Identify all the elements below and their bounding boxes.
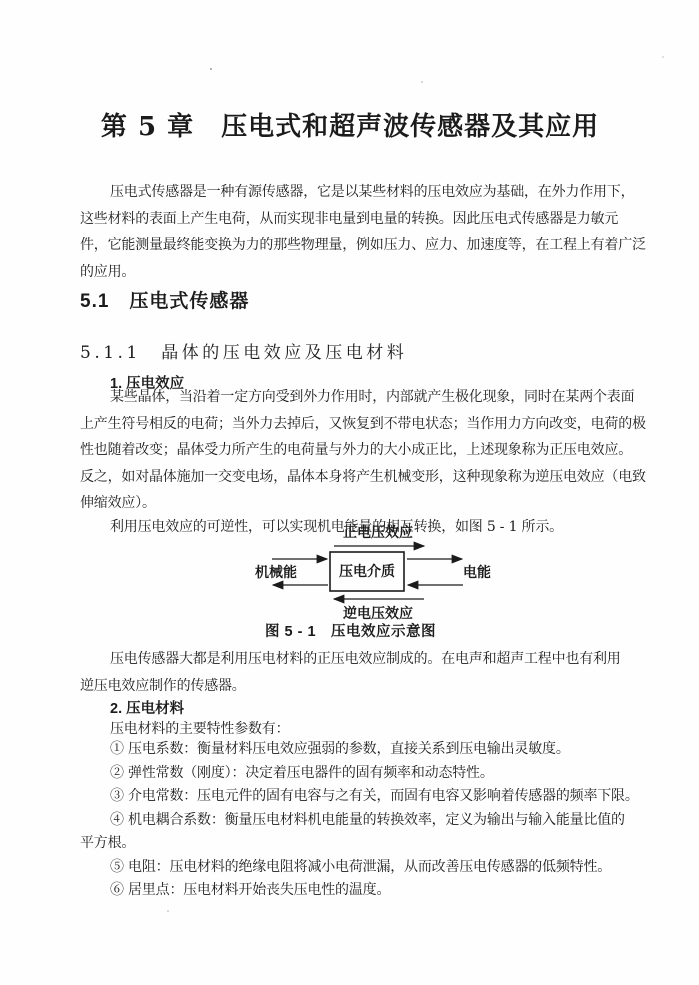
- text-line: 逆压电效应制作的传感器。: [80, 673, 621, 700]
- text-line: 压电传感器大都是利用压电材料的正压电效应制成的。在电声和超声工程中也有利用: [80, 646, 621, 673]
- property-list: ① 压电系数：衡量材料压电效应强弱的参数，直接关系到压电输出灵敏度。② 弹性常数…: [80, 738, 621, 903]
- text-line: ⑤ 电阻：压电材料的绝缘电阻将减小电荷泄漏，从而改善压电传感器的低频特性。: [80, 856, 621, 880]
- text-line: 某些晶体，当沿着一定方向受到外力作用时，内部就产生极化现象，同时在某两个表面: [80, 384, 621, 411]
- figure-5-1: 正电压效应 压电介质 机械能 电能 逆电压效应: [250, 523, 495, 623]
- figure-box-label: 压电介质: [339, 563, 395, 579]
- text-line: ③ 介电常数：压电元件的固有电容与之有关，而固有电容又影响着传感器的频率下限。: [80, 785, 621, 809]
- scan-speck: [662, 56, 664, 58]
- text-line: ④ 机电耦合系数：衡量压电材料机电能量的转换效率，定义为输出与输入能量比值的: [80, 809, 621, 833]
- intro-paragraph: 压电式传感器是一种有源传感器，它是以某些材料的压电效应为基础，在外力作用下，这些…: [80, 179, 621, 285]
- book-page: 第 5 章 压电式和超声波传感器及其应用 压电式传感器是一种有源传感器，它是以某…: [0, 0, 699, 985]
- text-line: 的应用。: [80, 259, 621, 286]
- figure-top-label: 正电压效应: [343, 524, 413, 540]
- text-line: ⑥ 居里点：压电材料开始丧失压电性的温度。: [80, 879, 621, 903]
- text-line: 伸缩效应）。: [80, 490, 621, 517]
- subsection-heading: 5.1.1 晶体的压电效应及压电材料: [80, 338, 621, 363]
- piezo-effect-paragraph: 某些晶体，当沿着一定方向受到外力作用时，内部就产生极化现象，同时在某两个表面上产…: [80, 384, 621, 517]
- part2-heading: 2. 压电材料: [80, 697, 621, 718]
- figure-right-label: 电能: [463, 564, 491, 580]
- text-line: ② 弹性常数（刚度）：决定着压电器件的固有频率和动态特性。: [80, 762, 621, 786]
- text-line: 件，它能测量最终能变换为力的那些物理量，例如压力、应力、加速度等，在工程上有着广…: [80, 232, 621, 259]
- text-line: 性也随着改变；晶体受力所产生的电荷量与外力的大小成正比，上述现象称为正压电效应。: [80, 437, 621, 464]
- piezo-effect-diagram: 正电压效应 压电介质 机械能 电能 逆电压效应: [250, 523, 495, 623]
- text-line: 反之，如对晶体施加一交变电场，晶体本身将产生机械变形，这种现象称为逆压电效应（电…: [80, 464, 621, 491]
- after-figure-paragraph: 压电传感器大都是利用压电材料的正压电效应制成的。在电声和超声工程中也有利用逆压电…: [80, 646, 621, 699]
- figure-left-label: 机械能: [255, 564, 297, 580]
- text-line: 上产生符号相反的电荷；当外力去掉后，又恢复到不带电状态；当作用力方向改变，电荷的…: [80, 411, 621, 438]
- figure-bottom-label: 逆电压效应: [343, 605, 413, 621]
- text-line: 压电式传感器是一种有源传感器，它是以某些材料的压电效应为基础，在外力作用下，: [80, 179, 621, 206]
- scan-speck: [210, 68, 212, 70]
- text-line: 平方根。: [80, 832, 621, 856]
- text-line: 这些材料的表面上产生电荷，从而实现非电量到电量的转换。因此压电式传感器是力敏元: [80, 206, 621, 233]
- chapter-title: 第 5 章 压电式和超声波传感器及其应用: [40, 111, 660, 144]
- section-heading: 5.1 压电式传感器: [80, 286, 621, 313]
- scan-speck: [421, 81, 423, 83]
- text-line: ① 压电系数：衡量材料压电效应强弱的参数，直接关系到压电输出灵敏度。: [80, 738, 621, 762]
- scan-speck: [167, 910, 169, 912]
- figure-caption: 图 5 - 1 压电效应示意图: [80, 620, 621, 641]
